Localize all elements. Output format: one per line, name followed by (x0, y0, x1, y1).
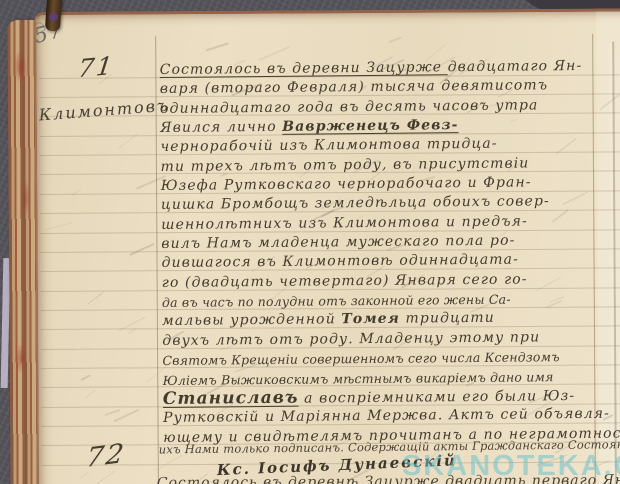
manuscript-text: дившагося въ Климонтовѣ одиннадцата- (161, 252, 519, 271)
manuscript-text: двухъ лѣтъ отъ роду. Младенцу этому при (162, 329, 540, 349)
bleedthrough-stroke (80, 374, 90, 380)
manuscript-text: чернорабочій изъ Климонтова тридца- (160, 136, 497, 155)
manuscript-text: ти трехъ лѣтъ отъ роду, въ присутствіи (161, 155, 530, 175)
manuscript-text: цишка Бромбощъ земледѣльца обоихъ совер- (161, 194, 550, 214)
bleedthrough-stroke (388, 36, 402, 43)
manuscript-text: одиннадцатаго года въ десять часовъ утра (160, 97, 538, 117)
act-number: 71 (76, 51, 116, 83)
manuscript-text: мальвы урожденной (162, 312, 341, 330)
bleedthrough-stroke (87, 292, 104, 305)
margin-place-name: Климонтовъ (38, 96, 170, 125)
manuscript-text: вилъ Намъ младенца мужескаго пола ро- (161, 233, 515, 252)
archival-scan: 57 71 Климонтовъ Состоялось въ деревни З… (0, 0, 620, 484)
manuscript-text: Явился лично (160, 119, 282, 136)
manuscript-text: варя (втораго Февраля) тысяча девятисотъ (160, 78, 548, 98)
manuscript-text: Ваврженецъ Февз- (282, 117, 458, 135)
bleedthrough-stroke (105, 409, 120, 416)
manuscript-text: а воспріемниками его были Юз- (298, 388, 575, 407)
manuscript-text: тридцати (400, 310, 495, 327)
manuscript-text: Святомъ Крещеніи совершенномъ сего числа… (162, 349, 559, 368)
manuscript-text: Станиславъ (163, 388, 299, 409)
bleedthrough-stroke (84, 390, 95, 399)
manuscript-text: Рутковскій и Маріянна Мержва. Актъ сей о… (163, 406, 610, 426)
bleedthrough-stroke (119, 317, 147, 332)
manuscript-text: двадцатаго Ян- (448, 58, 583, 75)
strap-mark (49, 13, 58, 21)
act-text: Состоялось въ деревни Зацурже двадцатаго… (160, 57, 600, 448)
manuscript-text: шеннолѣтнихъ изъ Климонтова и предъя- (161, 213, 528, 233)
bleedthrough-stroke (206, 42, 230, 51)
register-page: 57 71 Климонтовъ Состоялось въ деревни З… (34, 8, 620, 484)
ink-bleedthrough (36, 11, 620, 15)
bleedthrough-stroke (44, 222, 71, 231)
bleedthrough-stroke (129, 243, 155, 256)
manuscript-text: го (двадцать четвертаго) Января сего го- (162, 271, 528, 291)
manuscript-text: Состоялось въ деревни Зацурже (160, 59, 448, 78)
manuscript-text: Томея (341, 311, 400, 328)
manuscript-text: Юліемъ Выжиковскимъ мѣстнымъ викаріемъ д… (163, 369, 554, 388)
manuscript-text: Юзефа Рутковскаго чернорабочаго и Фран- (161, 174, 532, 194)
next-act-number: 72 (84, 438, 127, 474)
bleedthrough-stroke (113, 409, 139, 423)
ruled-lines (36, 11, 620, 15)
watermark: SKANOTEKA.GE (402, 450, 620, 483)
manuscript-text: да въ часъ по полудни отъ законной его ж… (162, 292, 511, 310)
